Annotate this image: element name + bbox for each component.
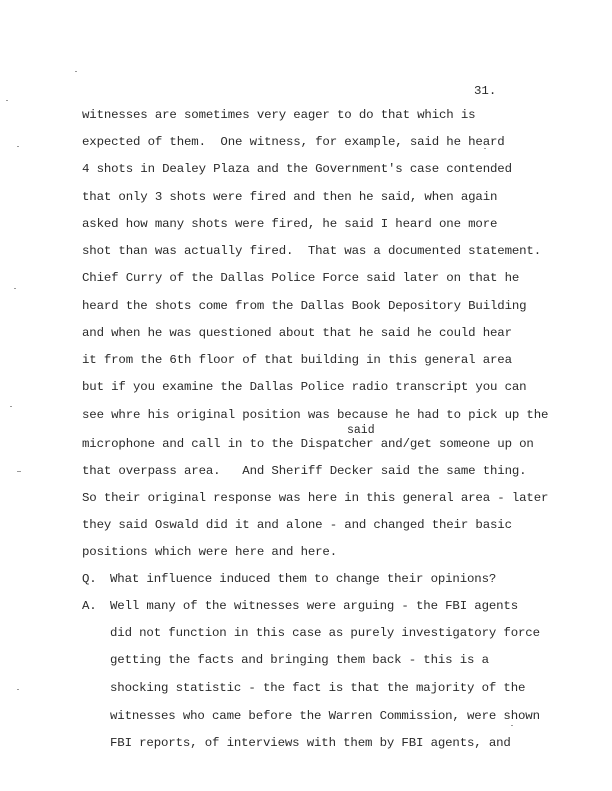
body-line: that only 3 shots were fired and then he… — [82, 190, 497, 204]
answer-line: getting the facts and bringing them back… — [110, 653, 489, 667]
question-text: What influence induced them to change th… — [110, 572, 496, 586]
page-number: 31. — [474, 84, 496, 98]
body-line: So their original response was here in t… — [82, 491, 548, 505]
body-line: Chief Curry of the Dallas Police Force s… — [82, 271, 519, 285]
scan-speck — [10, 406, 12, 407]
body-line: 4 shots in Dealey Plaza and the Governme… — [82, 162, 512, 176]
body-line: witnesses are sometimes very eager to do… — [82, 108, 475, 122]
body-line: see whre his original position was becau… — [82, 408, 548, 422]
body-line: and when he was questioned about that he… — [82, 326, 512, 340]
scan-speck — [511, 725, 513, 726]
body-line: microphone and call in to the Dispatcher… — [82, 437, 534, 451]
scan-speck — [75, 71, 77, 72]
body-line: they said Oswald did it and alone - and … — [82, 518, 512, 532]
answer-line: shocking statistic - the fact is that th… — [110, 681, 525, 695]
answer-marker: A. — [82, 599, 97, 613]
answer-line: Well many of the witnesses were arguing … — [110, 599, 518, 613]
body-line: heard the shots come from the Dallas Boo… — [82, 299, 526, 313]
body-line: expected of them. One witness, for examp… — [82, 135, 505, 149]
body-line: but if you examine the Dallas Police rad… — [82, 380, 526, 394]
scan-speck — [17, 689, 19, 690]
body-line: that overpass area. And Sheriff Decker s… — [82, 464, 526, 478]
body-line: positions which were here and here. — [82, 545, 337, 559]
body-line: asked how many shots were fired, he said… — [82, 217, 497, 231]
answer-line: FBI reports, of interviews with them by … — [110, 736, 511, 750]
scan-speck — [484, 148, 486, 149]
scan-speck — [17, 471, 21, 472]
body-line: shot than was actually fired. That was a… — [82, 244, 541, 258]
scan-speck — [17, 146, 19, 147]
body-line: it from the 6th floor of that building i… — [82, 353, 512, 367]
answer-line: did not function in this case as purely … — [110, 626, 540, 640]
answer-line: witnesses who came before the Warren Com… — [110, 709, 540, 723]
interlinear-insertion: said — [347, 424, 375, 437]
question-marker: Q. — [82, 572, 97, 586]
document-page: 31. witnesses are sometimes very eager t… — [0, 0, 612, 791]
scan-speck — [14, 288, 16, 289]
scan-speck — [6, 100, 8, 101]
